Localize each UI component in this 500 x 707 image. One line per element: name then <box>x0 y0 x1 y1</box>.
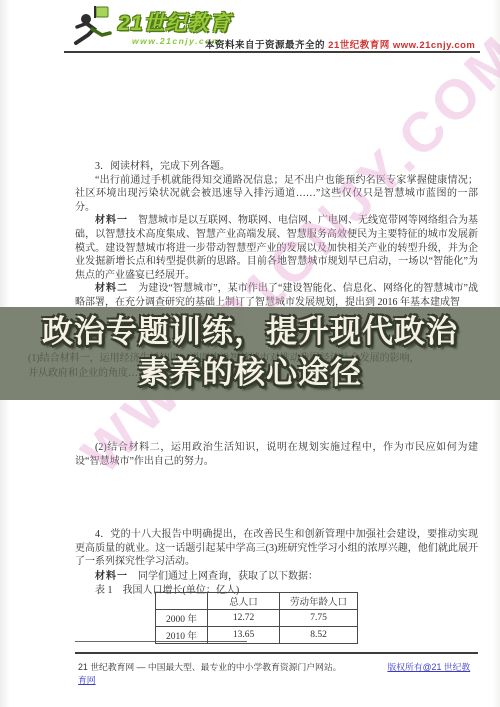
question-4-text: 4．党的十八大报告中明确提出，在改善民生和创新管理中加强社会建设，要推动实现更高… <box>75 528 478 569</box>
q4-material-1-text: 同学们通过上网查询，获取了以下数据： <box>128 571 318 582</box>
table-cell-total: 13.65 <box>208 627 280 644</box>
material-1-paragraph: 材料一 智慧城市是以互联网、物联网、电信网、广电网、无线宽带网等网络组合为基础，… <box>75 214 478 282</box>
material-2-paragraph: 材料二 为建设“智慧城市”，某市作出了“建设智能化、信息化、网络化的智慧城市”战… <box>75 282 478 309</box>
table-cell-working: 8.52 <box>280 627 358 644</box>
question-4-material-line: 材料一 同学们通过上网查询，获取了以下数据： <box>75 570 478 584</box>
table-cell-year: 2010 年 <box>156 627 208 644</box>
material-1-label: 材料一 <box>95 215 128 226</box>
table-header-blank <box>156 593 208 610</box>
banner-title-line2: 素养的核心途径 <box>0 352 500 393</box>
question-3-quote: “出行前通过手机就能得知交通路况信息；足不出户也能预约名医专家掌握健康情况；社区… <box>75 174 478 215</box>
runner-icon <box>72 5 116 49</box>
footer: 21 世纪教育网 — 中国最大型、最专业的中小学教育资源门户网站。版权所有@21… <box>78 660 478 686</box>
question-2-text: (2)结合材料二，运用政治生活知识，说明在规划实施过程中，作为市民应如何为建设“… <box>75 441 478 468</box>
tagline-red-part: 21世纪教育网 www.21cnjy.com <box>328 40 475 51</box>
material-2-label: 材料二 <box>95 283 128 294</box>
banner-title: 政治专题训练，提升现代政治 素养的核心途径 <box>0 311 500 393</box>
question-3-section: 3．阅读材料，完成下列各题。 “出行前通过手机就能得知交通路况信息；足不出户也能… <box>75 160 478 310</box>
table-cell-year: 2000 年 <box>156 610 208 627</box>
header-divider <box>64 51 480 53</box>
question-4-section: 4．党的十八大报告中明确提出，在改善民生和创新管理中加强社会建设，要推动实现更高… <box>75 528 478 598</box>
banner-title-line1: 政治专题训练，提升现代政治 <box>0 311 500 352</box>
question-2-section: (2)结合材料二，运用政治生活知识，说明在规划实施过程中，作为市民应如何为建设“… <box>75 441 478 468</box>
table-cell-working: 7.75 <box>280 610 358 627</box>
table-header-total-population: 总人口 <box>208 593 280 610</box>
table-row: 2000 年 12.72 7.75 <box>156 610 358 627</box>
footer-site-text: 21 世纪教育网 — 中国最大型、最专业的中小学教育资源门户网站。 <box>78 662 341 672</box>
promo-banner-overlay: (1)结合材料一，运用经济生活知识，说明建设智慧城市对推动我国经济社会发展的影响… <box>0 307 500 400</box>
logo-brand-text: 21世纪教育 <box>118 13 231 35</box>
table-cell-total: 12.72 <box>208 610 280 627</box>
population-table: 总人口 劳动年龄人口 2000 年 12.72 7.75 2010 年 13.6… <box>155 592 358 644</box>
document-page: 21世纪教育 www.21cnjy.com 本资料来自于资源最齐全的 21世纪教… <box>0 0 500 707</box>
question-3-heading: 3．阅读材料，完成下列各题。 <box>75 160 478 174</box>
footer-divider <box>75 652 478 654</box>
table-header-working-age: 劳动年龄人口 <box>280 593 358 610</box>
q4-material-1-label: 材料一 <box>95 571 128 582</box>
table-row: 2010 年 13.65 8.52 <box>156 627 358 644</box>
material-2-text: 为建设“智慧城市”，某市作出了“建设智能化、信息化、网络化的智慧城市”战略部署，… <box>75 283 478 308</box>
tagline-black-part: 本资料来自于资源最齐全的 <box>205 40 325 51</box>
material-1-text: 智慧城市是以互联网、物联网、电信网、广电网、无线宽带网等网络组合为基础，以智慧技… <box>75 215 478 280</box>
header-tagline: 本资料来自于资源最齐全的 21世纪教育网 www.21cnjy.com <box>205 37 475 51</box>
table-header-row: 总人口 劳动年龄人口 <box>156 593 358 610</box>
